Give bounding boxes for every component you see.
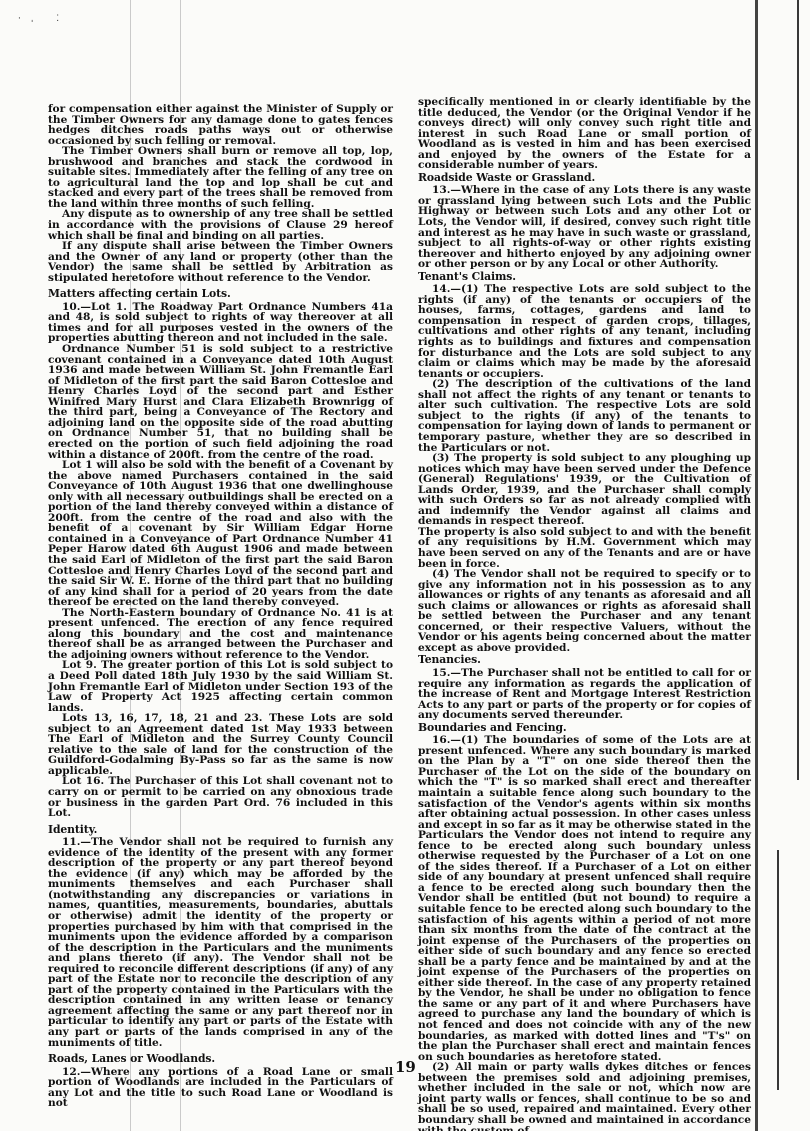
- paragraph-text: Ordnance Number 51 is sold subject to a …: [48, 343, 393, 460]
- section-heading-tenancies: Tenancies.: [418, 655, 751, 666]
- paragraph: 11.—The Vendor shall not be required to …: [48, 837, 393, 1048]
- paragraph: Lot 1 will also be sold with the benefit…: [48, 460, 393, 608]
- paragraph: (2) All main or party walls dykes ditche…: [418, 1062, 751, 1131]
- paragraph: 16.—(1) The boundaries of some of the Lo…: [418, 735, 751, 1062]
- paragraph-text: These Lots are sold subject to an Agreem…: [48, 712, 393, 777]
- section-heading-identity: Identity.: [48, 825, 393, 836]
- paragraph: Lot 9. The greater portion of this Lot i…: [48, 660, 393, 713]
- right-column: specifically mentioned in or clearly ide…: [418, 97, 751, 1131]
- paragraph: If any dispute shall arise between the T…: [48, 241, 393, 283]
- paragraph: 14.—(1) The respective Lots are sold sub…: [418, 284, 751, 379]
- paragraph: 12.—Where any portions of a Road Lane or…: [48, 1067, 393, 1109]
- section-heading-roads: Roads, Lanes or Woodlands.: [48, 1054, 393, 1065]
- section-heading-roadside: Roadside Waste or Grassland.: [418, 173, 751, 184]
- paragraph: 15.—The Purchaser shall not be entitled …: [418, 668, 751, 721]
- paragraph: (2) The description of the cultivations …: [418, 379, 751, 453]
- scan-edge-line: [797, 0, 799, 780]
- paragraph-text: Lot 1 will also be sold with the benefit…: [48, 459, 393, 608]
- paragraph: (3) The property is sold subject to any …: [418, 453, 751, 527]
- paragraph: (4) The Vendor shall not be required to …: [418, 569, 751, 653]
- document-page: ·ˌ ⁚ for compensation either against the…: [0, 0, 810, 1131]
- section-heading-boundaries: Boundaries and Fencing.: [418, 723, 751, 734]
- paragraph: The North-Eastern boundary of Ordnance N…: [48, 608, 393, 661]
- scan-specks: ·ˌ ⁚: [18, 14, 69, 24]
- paragraph: Lot 16. The Purchaser of this Lot shall …: [48, 776, 393, 818]
- paragraph: Lots 13, 16, 17, 18, 21 and 23. These Lo…: [48, 713, 393, 776]
- scan-edge-line: [777, 850, 779, 1090]
- paragraph-text: The North-Eastern boundary of Ordnance N…: [48, 607, 393, 661]
- paragraph: Ordnance Number 51 is sold subject to a …: [48, 344, 393, 460]
- section-heading-tenants-claims: Tenant's Claims.: [418, 272, 751, 283]
- scan-edge-line: [755, 0, 758, 1131]
- paragraph: specifically mentioned in or clearly ide…: [418, 97, 751, 171]
- paragraph: 13.—Where in the case of any Lots there …: [418, 185, 751, 269]
- paragraph-text: The greater portion of this Lot is sold …: [48, 659, 393, 713]
- section-heading-matters: Matters affecting certain Lots.: [48, 289, 393, 300]
- paragraph: The property is also sold subject to and…: [418, 527, 751, 569]
- left-column: for compensation either against the Mini…: [48, 104, 393, 1109]
- paragraph: Any dispute as to ownership of any tree …: [48, 209, 393, 241]
- paragraph: 10.—Lot 1. The Roadway Part Ordnance Num…: [48, 302, 393, 344]
- paragraph: The Timber Owners shall burn or remove a…: [48, 146, 393, 209]
- page-number: 19: [395, 1058, 416, 1076]
- paragraph: for compensation either against the Mini…: [48, 104, 393, 146]
